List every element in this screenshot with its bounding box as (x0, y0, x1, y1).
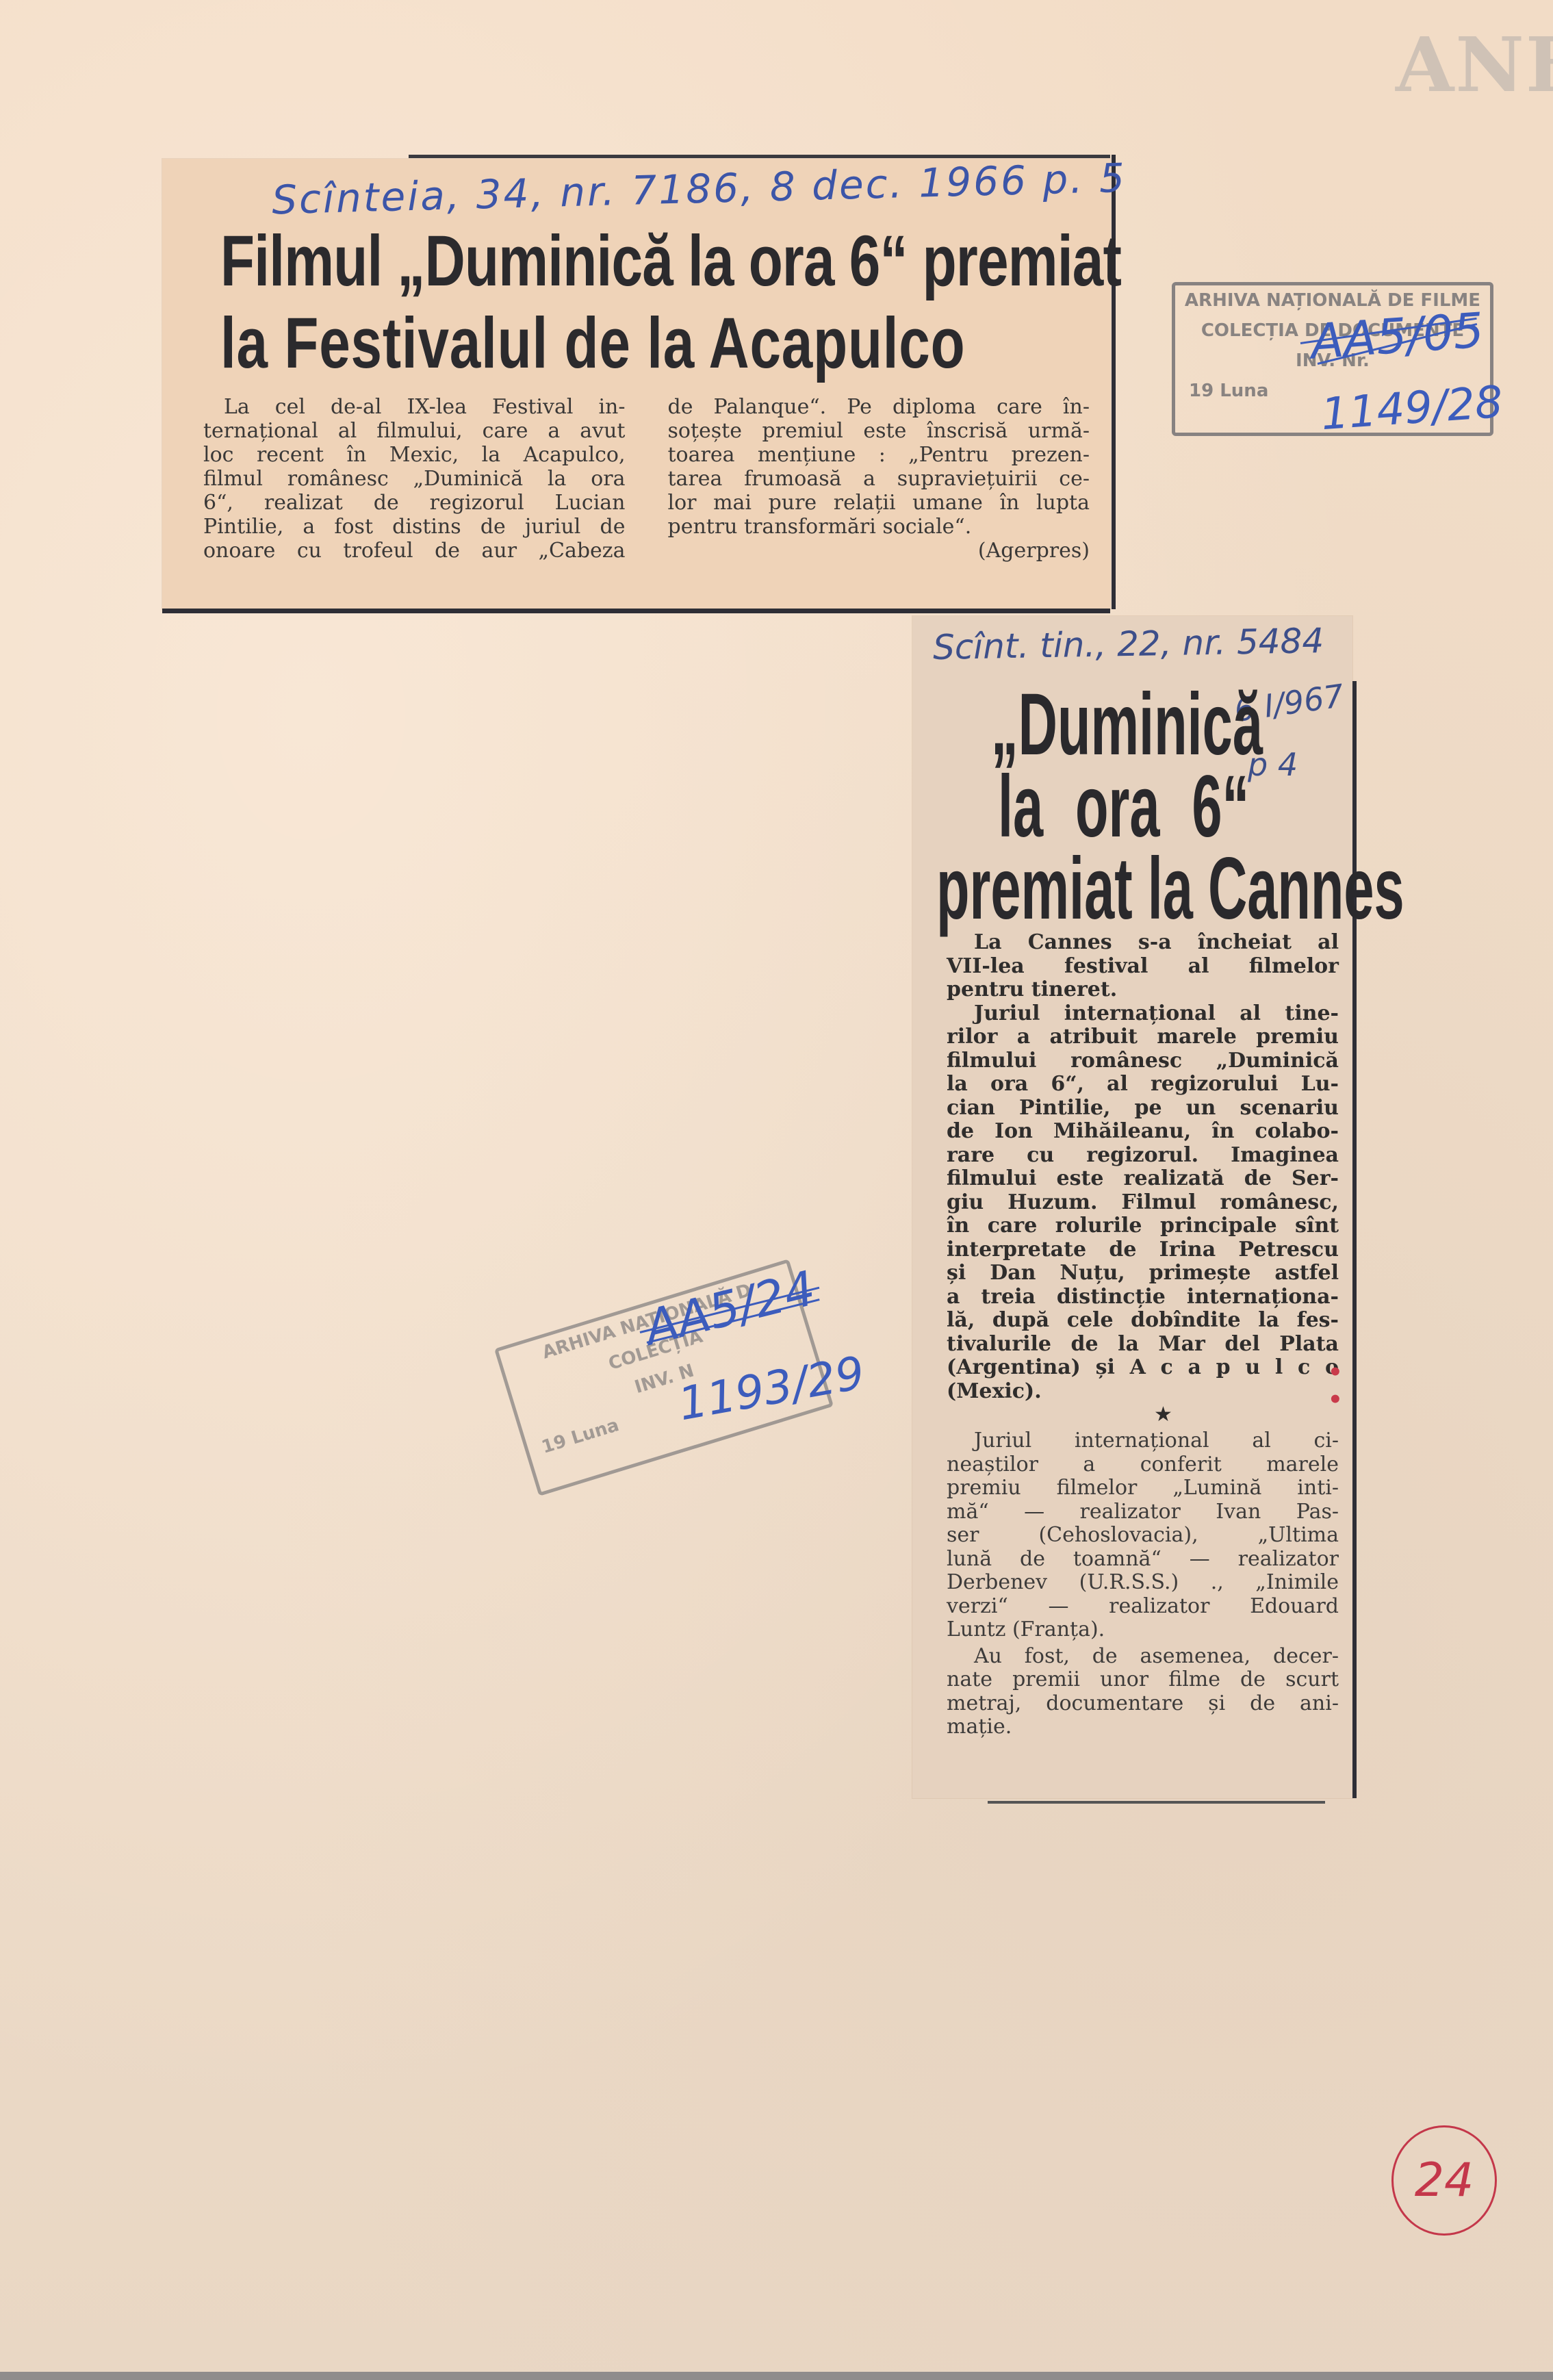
text-line: Luntz (Franța). (947, 1618, 1339, 1642)
newspaper-clipping-acapulco: Scînteia, 34, nr. 7186, 8 dec. 1966 p. 5… (162, 159, 1110, 609)
paragraph-2: Juriul internațional al tine- rilor a at… (947, 1002, 1339, 1404)
text-line: lună de toamnă“ — realizator (947, 1548, 1339, 1572)
star-separator: ★ (947, 1403, 1339, 1426)
text-line: de Palanque“. Pe diploma care în- (668, 395, 1090, 419)
red-margin-marks: •• (1328, 1359, 1343, 1413)
text-line: de Ion Mihăileanu, în colabo- (947, 1120, 1339, 1144)
text-line: (Argentina) și A c a p u l c o (947, 1356, 1339, 1380)
text-line: mă“ — realizator Ivan Pas- (947, 1500, 1339, 1524)
text-line: filmului este realizată de Ser- (947, 1167, 1339, 1191)
article-column-2: de Palanque“. Pe diploma care în- soțeșt… (668, 395, 1090, 563)
text-line: mație. (947, 1715, 1339, 1739)
text-line: interpretate de Irina Petrescu (947, 1238, 1339, 1262)
text-line: lă, după cele dobîndite la fes- (947, 1309, 1339, 1333)
paragraph-3: Juriul internațional al ci- neaștilor a … (947, 1429, 1339, 1642)
text-line: premiu filmelor „Lumină inti- (947, 1476, 1339, 1500)
text-line: metraj, documentare și de ani- (947, 1692, 1339, 1716)
handwritten-source-note: Scînt. tin., 22, nr. 5484 (933, 621, 1324, 667)
text-line: rilor a atribuit marele premiu (947, 1025, 1339, 1049)
headline-line-1: Filmul „Duminică la ora 6“ premiat (220, 220, 1121, 303)
text-line: rare cu regizorul. Imaginea (947, 1144, 1339, 1168)
text-line: (Mexic). (947, 1380, 1339, 1404)
article-column-1: La cel de-al IX-lea Festival in- ternați… (203, 395, 626, 563)
text-line: neaștilor a conferit marele (947, 1453, 1339, 1477)
text-line: pentru transformări sociale“. (668, 515, 1090, 539)
text-line: giu Huzum. Filmul românesc, (947, 1191, 1339, 1215)
text-line: La Cannes s-a încheiat al (947, 931, 1339, 955)
folio-number-circle: 24 (1391, 2125, 1497, 2236)
headline-line-3: premiat la Cannes (936, 839, 1404, 939)
text-line: loc recent în Mexic, la Acapulco, (203, 443, 626, 467)
text-line: Pintilie, a fost distins de juriul de (203, 515, 626, 539)
rule-line (162, 609, 1110, 613)
text-line: ternațional al filmului, care a avut (203, 419, 626, 443)
agency-credit: (Agerpres) (668, 539, 1090, 563)
text-line: Derbenev (U.R.S.S.) ., „Inimile (947, 1571, 1339, 1595)
text-line: a treia distincție internaționa- (947, 1285, 1339, 1309)
headline-line-2: la Festivalul de la Acapulco (220, 303, 965, 385)
text-line: La cel de-al IX-lea Festival in- (203, 395, 626, 419)
text-line: VII-lea festival al filmelor (947, 955, 1339, 979)
text-line: filmul românesc „Duminică la ora (203, 467, 626, 491)
text-line: nate premii unor filme de scurt (947, 1668, 1339, 1692)
text-line: toarea mențiune : „Pentru prezen- (668, 443, 1090, 467)
article-columns: La cel de-al IX-lea Festival in- ternați… (203, 395, 1090, 563)
text-line: 6“, realizat de regizorul Lucian (203, 491, 626, 515)
text-line: în care rolurile principale sînt (947, 1214, 1339, 1238)
text-line: tivalurile de la Mar del Plata (947, 1333, 1339, 1357)
text-line: ser (Cehoslovacia), „Ultima (947, 1524, 1339, 1548)
text-line: onoare cu trofeul de aur „Cabeza (203, 539, 626, 563)
text-line: Au fost, de asemenea, decer- (947, 1645, 1339, 1669)
paragraph-1: La Cannes s-a încheiat al VII-lea festiv… (947, 931, 1339, 1002)
article-body: La Cannes s-a încheiat al VII-lea festiv… (947, 931, 1339, 1739)
text-line: filmului românesc „Duminică (947, 1049, 1339, 1073)
text-line: și Dan Nuțu, primește astfel (947, 1262, 1339, 1285)
text-line: verzi“ — realizator Edouard (947, 1595, 1339, 1619)
text-line: Juriul internațional al ci- (947, 1429, 1339, 1453)
text-line: la ora 6“, al regizorului Lu- (947, 1073, 1339, 1097)
text-line: soțește premiul este înscrisă urmă- (668, 419, 1090, 443)
text-line: pentru tineret. (947, 978, 1339, 1002)
archive-watermark: ANF (1396, 21, 1553, 109)
handwritten-source-note: Scînteia, 34, nr. 7186, 8 dec. 1966 p. 5 (271, 155, 1127, 224)
rule-line (988, 1801, 1325, 1804)
text-line: cian Pintilie, pe un scenariu (947, 1097, 1339, 1121)
paragraph-4: Au fost, de asemenea, decer- nate premii… (947, 1645, 1339, 1739)
text-line: Juriul internațional al tine- (947, 1002, 1339, 1026)
folio-number: 24 (1394, 2153, 1495, 2208)
newspaper-clipping-cannes: Scînt. tin., 22, nr. 5484 6 I/967 p 4 „D… (912, 616, 1352, 1798)
page-bottom-edge (0, 2372, 1553, 2380)
text-line: tarea frumoasă a supraviețuirii ce- (668, 467, 1090, 491)
text-line: lor mai pure relații umane în lupta (668, 491, 1090, 515)
